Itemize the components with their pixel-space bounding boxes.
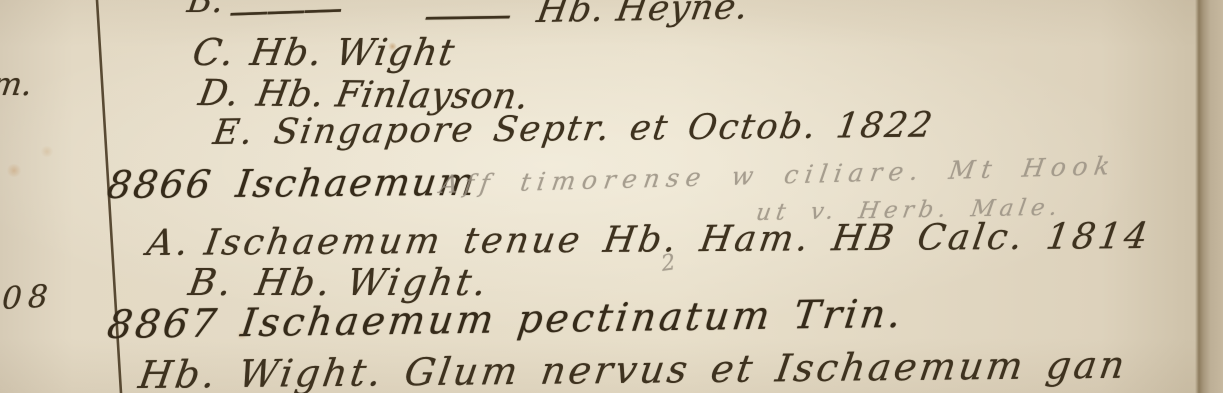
species-attribution: Ischaemum tenue Hb. Ham. HB Calc. 1814 [202, 216, 1154, 264]
entry-sub-line: C.Hb. Wight [190, 34, 458, 71]
entry-sub-label: A. [145, 226, 194, 262]
entry-number: 8867 [105, 304, 221, 345]
margin-word-fragment: m. [0, 68, 35, 100]
entry-sub-line-truncated: Hb. Wight. Glum nervus et Ischaemum gan [136, 346, 1130, 393]
manuscript-page: m. 08 B. ——— — Hb. Heyne. C.Hb. Wight D.… [0, 0, 1223, 393]
entry-sub-label: C. [190, 34, 238, 71]
margin-number-fragment: 08 [1, 281, 54, 315]
entry-sub-label: E. [211, 116, 257, 151]
entry-sub-line: B.Hb. Wight. [186, 264, 492, 301]
entry-sub-line: A.Ischaemum tenue Hb. Ham. HB Calc. 1814 [145, 219, 1153, 262]
paper-stain [40, 146, 54, 157]
species-name: Ischaemum pectinatum Trin. [238, 292, 906, 346]
locality-date: Singapore Septr. et Octob. 1822 [271, 105, 936, 152]
herbarium-attribution: Hb. Heyne. [534, 0, 751, 29]
entry-number: 8866 [105, 165, 215, 204]
entry-sub-label: D. [196, 76, 242, 112]
pencil-annotation: 2 [660, 252, 677, 276]
paper-stain [6, 164, 22, 177]
pencil-annotation: Aff timorense w ciliare. Mt Hook [438, 153, 1118, 197]
herbarium-attribution: Hb. Wight [247, 31, 458, 74]
entry-sub-label: B. [185, 0, 226, 18]
entry-line: 8866Ischaemum [105, 163, 479, 204]
entry-sub-line: E.Singapore Septr. et Octob. 1822 [211, 108, 936, 151]
ditto-dash-long: ——— [228, 0, 340, 32]
entry-sub-label: B. [186, 264, 237, 301]
page-edge [1195, 0, 1223, 393]
